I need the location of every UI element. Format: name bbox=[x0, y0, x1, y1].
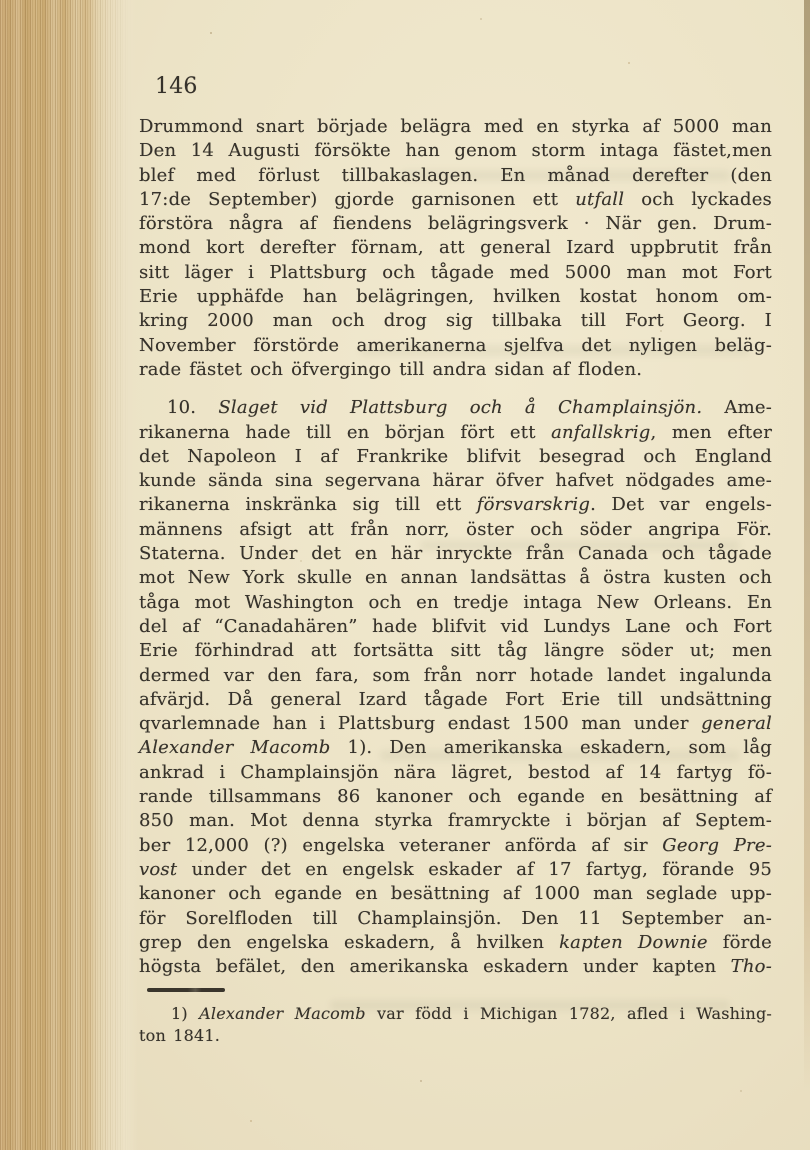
text-line: 17:de September) gjorde garnisonen ett u… bbox=[139, 188, 772, 212]
text-line: ankrad i Champlainsjön nära lägret, best… bbox=[139, 761, 772, 785]
italic-text-segment: vost bbox=[139, 859, 177, 880]
text-line: ton 1841. bbox=[139, 1025, 772, 1047]
text-line: mot New York skulle en annan landsättas … bbox=[139, 566, 772, 590]
text-segment: ankrad i Champlainsjön nära lägret, best… bbox=[139, 762, 772, 783]
text-line: rande tillsammans 86 kanoner och egande … bbox=[139, 785, 772, 809]
text-line: Erie upphäfde han belägringen, hvilken k… bbox=[139, 285, 772, 309]
italic-text-segment: utfall bbox=[575, 189, 624, 210]
text-segment: mond kort derefter förnam, att general I… bbox=[139, 237, 772, 258]
text-segment: , men efter bbox=[651, 422, 772, 443]
text-segment: kunde sända sina segervana härar öfver h… bbox=[139, 470, 772, 491]
text-segment: förde bbox=[708, 932, 772, 953]
text-line: mond kort derefter förnam, att general I… bbox=[139, 236, 772, 260]
text-segment: 850 man. Mot denna styrka framryckte i b… bbox=[139, 810, 772, 831]
text-segment: 10. bbox=[167, 397, 218, 418]
text-line: dermed var den fara, som från norr hotad… bbox=[139, 664, 772, 688]
text-column: 146 Drummond snart började belägra med e… bbox=[139, 75, 772, 1046]
text-line: Den 14 Augusti försökte han genom storm … bbox=[139, 139, 772, 163]
text-line: 850 man. Mot denna styrka framryckte i b… bbox=[139, 809, 772, 833]
text-segment: Ame- bbox=[702, 397, 772, 418]
text-segment: rikanerna inskränka sig till ett bbox=[139, 494, 477, 515]
text-segment: rikanerna hade till en början fört ett bbox=[139, 422, 551, 443]
text-segment: ton 1841. bbox=[139, 1026, 220, 1045]
text-line: Erie förhindrad att fortsätta sitt tåg l… bbox=[139, 639, 772, 663]
text-segment: afvärjd. Då general Izard tågade Fort Er… bbox=[139, 689, 772, 710]
text-line: för Sorelfloden till Champlainsjön. Den … bbox=[139, 907, 772, 931]
text-segment: Staterna. Under det en här inryckte från… bbox=[139, 543, 772, 564]
text-line: männens afsigt att från norr, öster och … bbox=[139, 518, 772, 542]
text-line: sitt läger i Plattsburg och tågade med 5… bbox=[139, 261, 772, 285]
text-segment: ber 12,000 (?) engelska veteraner anförd… bbox=[139, 835, 662, 856]
text-line: November förstörde amerikanerna sjelfva … bbox=[139, 334, 772, 358]
page-number: 146 bbox=[155, 75, 772, 99]
text-line: grep den engelska eskadern, å hvilken ka… bbox=[139, 931, 772, 955]
italic-text-segment: anfallskrig bbox=[551, 422, 650, 443]
text-line: rikanerna inskränka sig till ett försvar… bbox=[139, 493, 772, 517]
text-line: kring 2000 man och drog sig tillbaka til… bbox=[139, 309, 772, 333]
text-segment: rande tillsammans 86 kanoner och egande … bbox=[139, 786, 772, 807]
text-segment: sitt läger i Plattsburg och tågade med 5… bbox=[139, 262, 772, 283]
text-segment: Erie upphäfde han belägringen, hvilken k… bbox=[139, 286, 772, 307]
text-segment: qvarlemnade han i Plattsburg endast 1500… bbox=[139, 713, 701, 734]
text-line: det Napoleon I af Frankrike blifvit bese… bbox=[139, 445, 772, 469]
italic-text-segment: kapten Downie bbox=[559, 932, 708, 953]
page-right-edge bbox=[804, 0, 810, 1150]
footnote: 1) Alexander Macomb var född i Michigan … bbox=[139, 1003, 772, 1046]
italic-text-segment: Tho- bbox=[731, 956, 772, 977]
italic-text-segment: Georg Pre- bbox=[662, 835, 772, 856]
text-segment: för Sorelfloden till Champlainsjön. Den … bbox=[139, 908, 772, 929]
text-segment: det Napoleon I af Frankrike blifvit bese… bbox=[139, 446, 772, 467]
text-segment: grep den engelska eskadern, å hvilken bbox=[139, 932, 559, 953]
text-line: ber 12,000 (?) engelska veteraner anförd… bbox=[139, 834, 772, 858]
text-line: högsta befälet, den amerikanska eskadern… bbox=[139, 955, 772, 979]
text-line: blef med förlust tillbakaslagen. En måna… bbox=[139, 164, 772, 188]
text-segment: . Det var engels- bbox=[590, 494, 772, 515]
text-line: rikanerna hade till en början fört ett a… bbox=[139, 421, 772, 445]
text-segment: under det en engelsk eskader af 17 farty… bbox=[177, 859, 772, 880]
text-line: Drummond snart började belägra med en st… bbox=[139, 115, 772, 139]
text-line: kunde sända sina segervana härar öfver h… bbox=[139, 469, 772, 493]
text-segment: männens afsigt att från norr, öster och … bbox=[139, 519, 772, 540]
italic-text-segment: general bbox=[701, 713, 772, 734]
text-segment: 1). Den amerikanska eskadern, som låg bbox=[330, 737, 772, 758]
italic-text-segment: Alexander Macomb bbox=[139, 737, 330, 758]
book-page: 146 Drummond snart började belägra med e… bbox=[0, 0, 810, 1150]
footnote-separator bbox=[147, 988, 225, 992]
italic-text-segment: Slaget vid Plattsburg och å Champlainsjö… bbox=[218, 397, 702, 418]
text-segment: Den 14 Augusti försökte han genom storm … bbox=[139, 140, 772, 161]
text-segment: förstöra några af fiendens belägringsver… bbox=[139, 213, 772, 234]
text-line: kanoner och egande en besättning af 1000… bbox=[139, 882, 772, 906]
text-line: Alexander Macomb 1). Den amerikanska esk… bbox=[139, 736, 772, 760]
paper-speckles bbox=[0, 0, 2, 2]
text-line: rade fästet och öfvergingo till andra si… bbox=[139, 358, 772, 382]
text-segment: 1) bbox=[171, 1004, 199, 1023]
text-segment: dermed var den fara, som från norr hotad… bbox=[139, 665, 772, 686]
text-segment: 17:de September) gjorde garnisonen ett bbox=[139, 189, 575, 210]
text-segment: kanoner och egande en besättning af 1000… bbox=[139, 883, 772, 904]
text-line: förstöra några af fiendens belägringsver… bbox=[139, 212, 772, 236]
text-line: vost under det en engelsk eskader af 17 … bbox=[139, 858, 772, 882]
body-text: Drummond snart började belägra med en st… bbox=[139, 115, 772, 979]
text-line: tåga mot Washington och en tredje intaga… bbox=[139, 591, 772, 615]
paragraph-section-10: 10. Slaget vid Plattsburg och å Champlai… bbox=[139, 396, 772, 979]
italic-text-segment: försvarskrig bbox=[477, 494, 590, 515]
text-line: Staterna. Under det en här inryckte från… bbox=[139, 542, 772, 566]
text-line: 10. Slaget vid Plattsburg och å Champlai… bbox=[139, 396, 772, 420]
text-segment: tåga mot Washington och en tredje intaga… bbox=[139, 592, 772, 613]
text-segment: och lyckades bbox=[624, 189, 772, 210]
text-segment: Erie förhindrad att fortsätta sitt tåg l… bbox=[139, 640, 772, 661]
text-segment: mot New York skulle en annan landsättas … bbox=[139, 567, 772, 588]
text-line: afvärjd. Då general Izard tågade Fort Er… bbox=[139, 688, 772, 712]
text-segment: del af “Canadahären” hade blifvit vid Lu… bbox=[139, 616, 772, 637]
text-segment: rade fästet och öfvergingo till andra si… bbox=[139, 359, 642, 380]
italic-text-segment: Alexander Macomb bbox=[199, 1004, 366, 1023]
text-segment: högsta befälet, den amerikanska eskadern… bbox=[139, 956, 731, 977]
text-segment: kring 2000 man och drog sig tillbaka til… bbox=[139, 310, 772, 331]
text-segment: var född i Michigan 1782, afled i Washin… bbox=[366, 1004, 772, 1023]
text-segment: November förstörde amerikanerna sjelfva … bbox=[139, 335, 772, 356]
text-segment: blef med förlust tillbakaslagen. En måna… bbox=[139, 165, 772, 186]
book-gutter-edge bbox=[0, 0, 138, 1150]
text-line: qvarlemnade han i Plattsburg endast 1500… bbox=[139, 712, 772, 736]
text-segment: Drummond snart började belägra med en st… bbox=[139, 116, 772, 137]
text-line: 1) Alexander Macomb var född i Michigan … bbox=[139, 1003, 772, 1025]
paragraph-continuation: Drummond snart började belägra med en st… bbox=[139, 115, 772, 382]
text-line: del af “Canadahären” hade blifvit vid Lu… bbox=[139, 615, 772, 639]
